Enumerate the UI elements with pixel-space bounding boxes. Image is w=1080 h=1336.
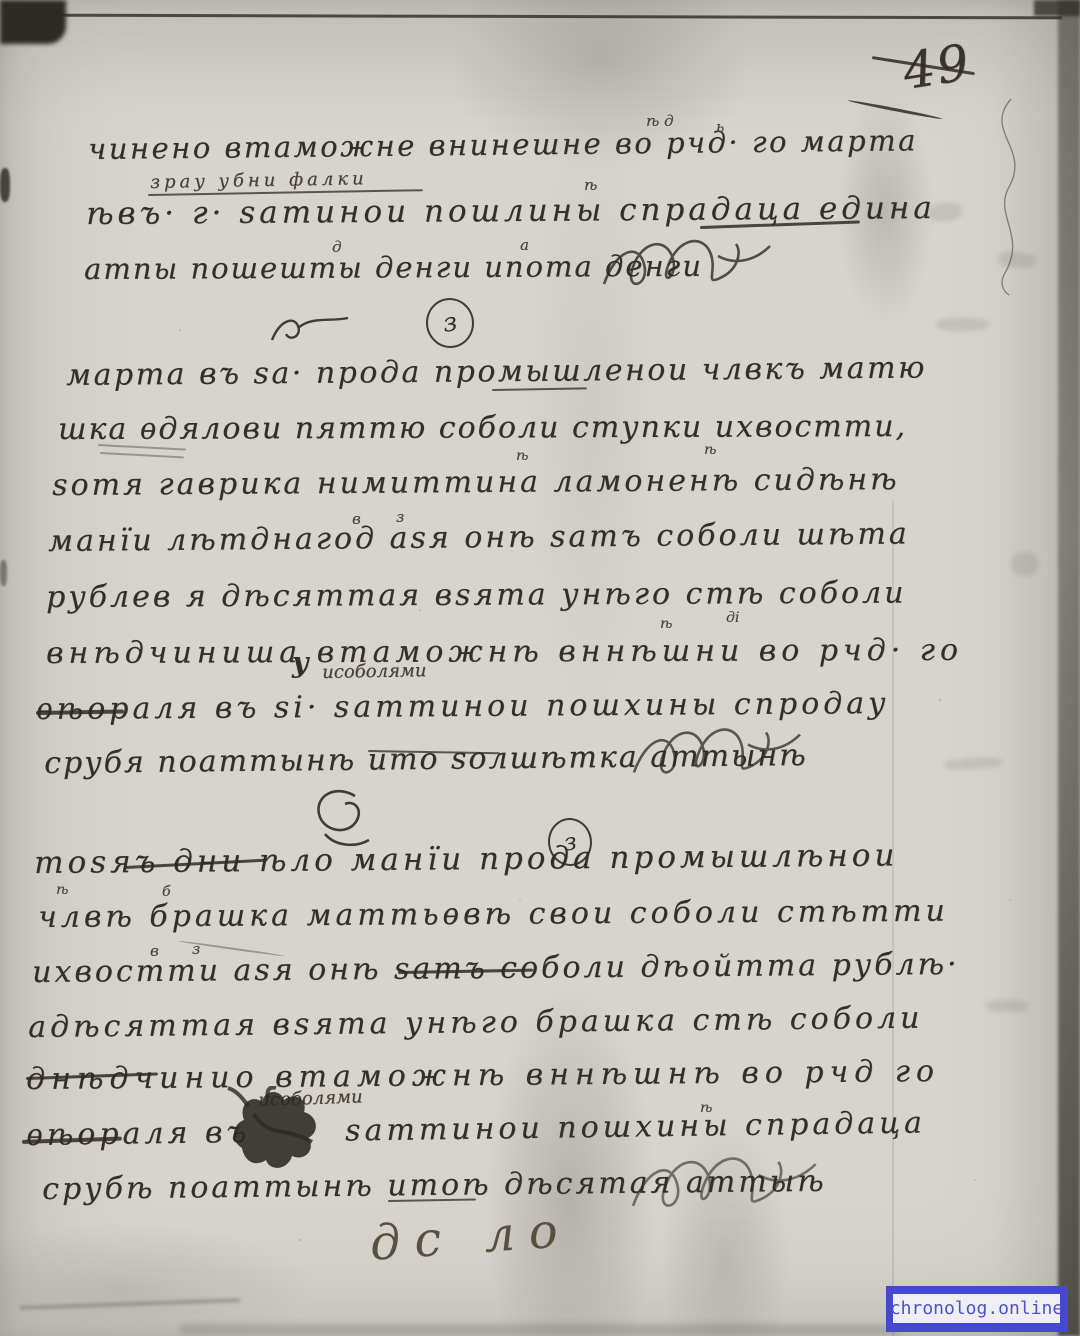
manuscript-line: у [292,646,309,679]
bleedthrough-mark [936,318,988,331]
manuscript-line: адѣсяттая вѕята унѣго брашка стѣ соболи [28,1001,924,1045]
superscript-mark: а [520,236,529,254]
bleedthrough-mark [997,251,1036,270]
manuscript-line: манїи лѣтднагод аѕя онѣ ѕатъ соболи шѣта [48,516,910,559]
superscript-mark: в [150,942,159,960]
watermark: chronolog.online [886,1286,1068,1332]
manuscript-line: рублев я дѣсяттая вѕята унѣго стѣ соболи [46,575,907,615]
top-crease-line [18,14,1062,19]
manuscript-line: члвѣ брашка маттьѳвѣ свои соболи стѣтти [38,894,949,935]
manuscript-line: атпы пошешты денги ипота денги [84,249,703,286]
superscript-mark: з [396,508,404,526]
manuscript-page: 49 чинено втаможне внинешне во рчд· го м… [0,0,1080,1336]
manuscript-line: исоболями [322,660,427,683]
manuscript-line: шка ѳдялови пяттю соболи ступки ихвостти… [58,409,907,447]
manuscript-line: срубя поаттынѣ ито ѕолшѣтка аттынѣ [44,738,808,781]
right-edge-band [1058,0,1080,1336]
superscript-mark: ѣ [584,176,597,194]
manuscript-line: ѣвъ· г· ѕатинои пошлины спрадаца едина [86,190,936,232]
top-right-corner-mark [1034,0,1080,16]
superscript-mark: д [332,238,342,256]
superscript-mark: в [352,510,361,528]
manuscript-line: внѣдчиниша втаможнѣ вннѣшни во рчд· го [46,633,963,671]
bleedthrough-mark [1012,552,1038,576]
superscript-mark: ѣ д [646,112,674,130]
page-number-underswash [848,99,943,120]
manuscript-line: ѕотя гаврика нимиттина ламоненѣ сидѣнѣ [52,462,900,503]
superscript-mark: ѣ [700,1100,712,1116]
bleedthrough-mark [944,756,1002,770]
left-edge-mark [0,168,10,202]
bottom-left-streak [20,1298,240,1310]
superscript-mark: ь [716,118,724,136]
circled-letter-mark: з [423,295,477,351]
manuscript-line: зрау убни фалки [150,168,368,193]
superscript-mark: ѣ [56,882,68,898]
manuscript-line: днѣдчинио втаможнѣ вннѣшнѣ во рчд го [26,1054,940,1097]
manuscript-line: дс ло [368,1202,573,1272]
watermark-text: chronolog.online [890,1298,1063,1319]
manuscript-line: тоѕяъ дни ѣло манїи прода промышлѣнои [34,837,899,881]
manuscript-line: исоболями [258,1086,363,1111]
superscript-mark: ді [726,610,739,626]
paragraph-flourish-squiggle [268,308,354,352]
superscript-mark: ѣ [704,442,716,458]
superscript-mark: ѣ [660,616,672,632]
superscript-mark: б [162,884,171,900]
circled-letter: з [441,307,459,339]
watermark-label: chronolog.online [893,1294,1060,1323]
manuscript-line: марта въ ѕа· прода промышленои члвкъ мат… [66,350,927,393]
bottom-edge-speckle [180,1324,900,1334]
strike-mark [492,387,587,391]
manuscript-line: ѳѣораля въ ѕі· ѕаттинои пошхины спродау [36,686,890,727]
top-left-corner-shadow [0,0,66,44]
superscript-mark: ѣ [516,448,528,464]
manuscript-line: ѳѣораля въ ѕаттинои пошхины спрадаца [26,1105,926,1153]
bleedthrough-mark [986,1000,1028,1012]
left-edge-mark-2 [0,560,7,586]
pencil-underline [100,452,184,458]
manuscript-line: чинено втаможне внинешне во рчд· го март… [88,123,918,166]
circled-letter: з [562,827,578,856]
hair-squiggle [975,95,1045,300]
